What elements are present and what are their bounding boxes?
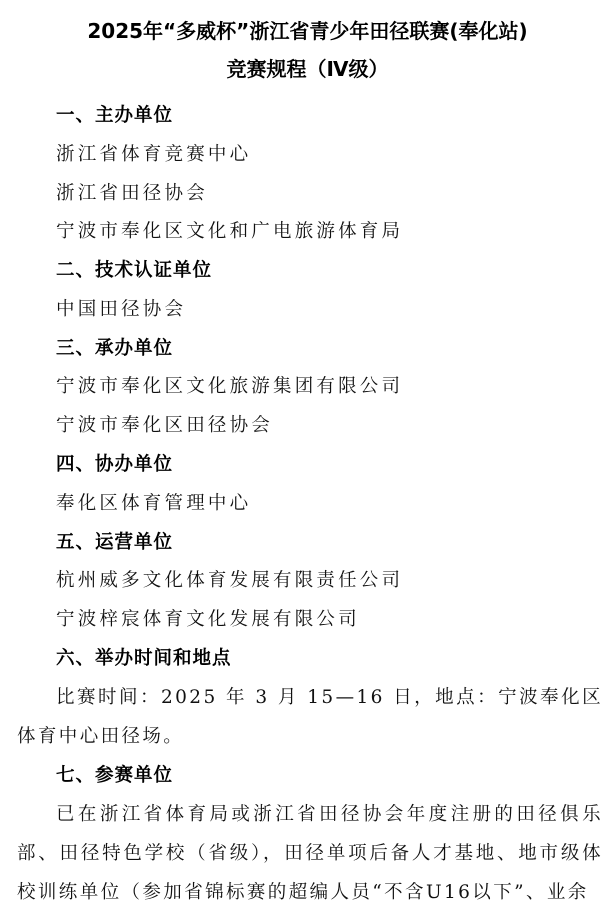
time-venue-paragraph: 比赛时间：2025 年 3 月 15—16 日，地点：宁波奉化区体育中心田径场。 xyxy=(17,679,603,757)
host-item: 宁波市奉化区文化旅游集团有限公司 xyxy=(56,374,403,400)
participants-paragraph: 已在浙江省体育局或浙江省田径协会年度注册的田径俱乐部、田径特色学校（省级），田径… xyxy=(17,796,603,912)
section-heading-host: 三、承办单位 xyxy=(56,336,173,362)
document-subtitle: 竞赛规程（Ⅳ级） xyxy=(0,55,615,83)
organizer-item: 宁波市奉化区文化和广电旅游体育局 xyxy=(56,219,403,245)
document-page: 2025年“多威杯”浙江省青少年田径联赛(奉化站) 竞赛规程（Ⅳ级） 一、主办单… xyxy=(0,0,615,918)
operator-item: 杭州威多文化体育发展有限责任公司 xyxy=(56,568,403,594)
section-heading-organizers: 一、主办单位 xyxy=(56,103,173,129)
section-heading-certification: 二、技术认证单位 xyxy=(56,258,212,284)
section-heading-time-venue: 六、举办时间和地点 xyxy=(56,646,232,672)
section-heading-participants: 七、参赛单位 xyxy=(56,763,173,789)
document-title: 2025年“多威杯”浙江省青少年田径联赛(奉化站) xyxy=(0,17,615,45)
organizer-item: 浙江省田径协会 xyxy=(56,181,208,207)
certification-item: 中国田径协会 xyxy=(56,297,186,323)
organizer-item: 浙江省体育竞赛中心 xyxy=(56,142,251,168)
operator-item: 宁波梓宸体育文化发展有限公司 xyxy=(56,607,360,633)
co-organizer-item: 奉化区体育管理中心 xyxy=(56,491,251,517)
section-heading-operator: 五、运营单位 xyxy=(56,530,173,556)
section-heading-co-organizer: 四、协办单位 xyxy=(56,452,173,478)
host-item: 宁波市奉化区田径协会 xyxy=(56,413,273,439)
